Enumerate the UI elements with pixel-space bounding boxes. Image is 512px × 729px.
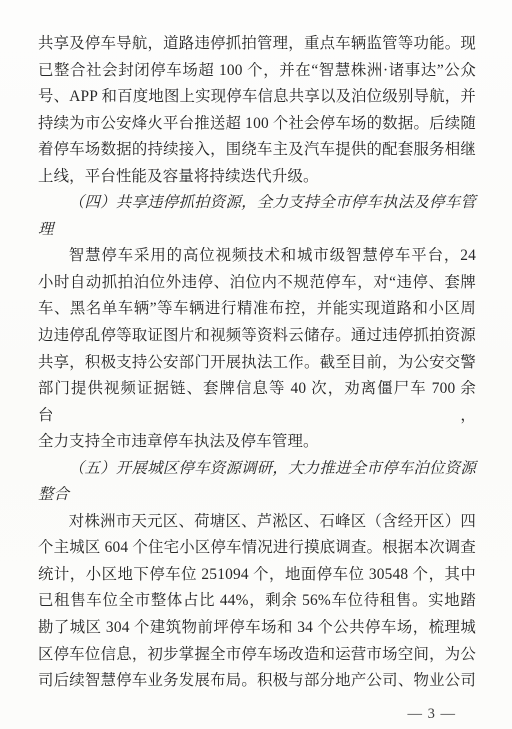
body-text-line: 小时自动抓拍泊位外违停、泊位内不规范停车，对“违停、套牌 <box>38 270 476 297</box>
body-text-line: 个主城区 604 个住宅小区停车情况进行摸底调查。根据本次调查 <box>38 535 476 562</box>
page-number: — 3 — <box>38 706 476 723</box>
section-heading-line: 整合 <box>38 482 476 509</box>
body-text-line: 统计，小区地下停车位 251094 个，地面停车位 30548 个，其中 <box>38 562 476 589</box>
body-text-line: 智慧停车采用的高位视频技术和城市级智慧停车平台，24 <box>38 243 476 270</box>
body-text-line: 车、黑名单车辆”等车辆进行精准布控，并能实现道路和小区周 <box>38 296 476 323</box>
body-text-line: 区停车位信息，初步掌握全市停车场改造和运营市场空间，为公 <box>38 642 476 669</box>
body-text-line: 全力支持全市违章停车执法及停车管理。 <box>38 429 476 456</box>
body-text-line: 持续为市公安烽火平台推送超 100 个社会停车场的数据。后续随 <box>38 111 476 138</box>
body-text-line: 已租售车位全市整体占比 44%，剩余 56%车位待租售。实地踏 <box>38 588 476 615</box>
body-text-line: 共享及停车导航，道路违停抓拍管理，重点车辆监管等功能。现 <box>38 31 476 58</box>
body-text-line: 勘了城区 304 个建筑物前坪停车场和 34 个公共停车场，梳理城 <box>38 615 476 642</box>
body-text-line: 已整合社会封闭停车场超 100 个，并在“智慧株洲·诸事达”公众 <box>38 58 476 85</box>
body-text-line: 上线，平台性能及容量将持续迭代升级。 <box>38 164 476 191</box>
document-page: 共享及停车导航，道路违停抓拍管理，重点车辆监管等功能。现已整合社会封闭停车场超 … <box>0 0 512 729</box>
body-text-line: 边违停乱停等取证图片和视频等资料云储存。通过违停抓拍资源 <box>38 323 476 350</box>
section-heading-line: 理 <box>38 217 476 244</box>
body-text-line: 对株洲市天元区、荷塘区、芦淞区、石峰区（含经开区）四 <box>38 509 476 536</box>
document-body: 共享及停车导航，道路违停抓拍管理，重点车辆监管等功能。现已整合社会封闭停车场超 … <box>38 31 476 695</box>
section-heading-line: （四）共享违停抓拍资源，全力支持全市停车执法及停车管 <box>38 190 476 217</box>
body-text-line: 共享，积极支持公安部门开展执法工作。截至目前，为公安交警 <box>38 350 476 377</box>
section-heading-line: （五）开展城区停车资源调研，大力推进全市停车泊位资源 <box>38 456 476 483</box>
body-text-line: 部门提供视频证据链、套牌信息等 40 次，劝离僵尸车 700 余台， <box>38 376 476 429</box>
body-text-line: 司后续智慧停车业务发展布局。积极与部分地产公司、物业公司 <box>38 668 476 695</box>
body-text-line: 着停车场数据的持续接入，围绕车主及汽车提供的配套服务相继 <box>38 137 476 164</box>
body-text-line: 号、APP 和百度地图上实现停车信息共享以及泊位级别导航，并 <box>38 84 476 111</box>
